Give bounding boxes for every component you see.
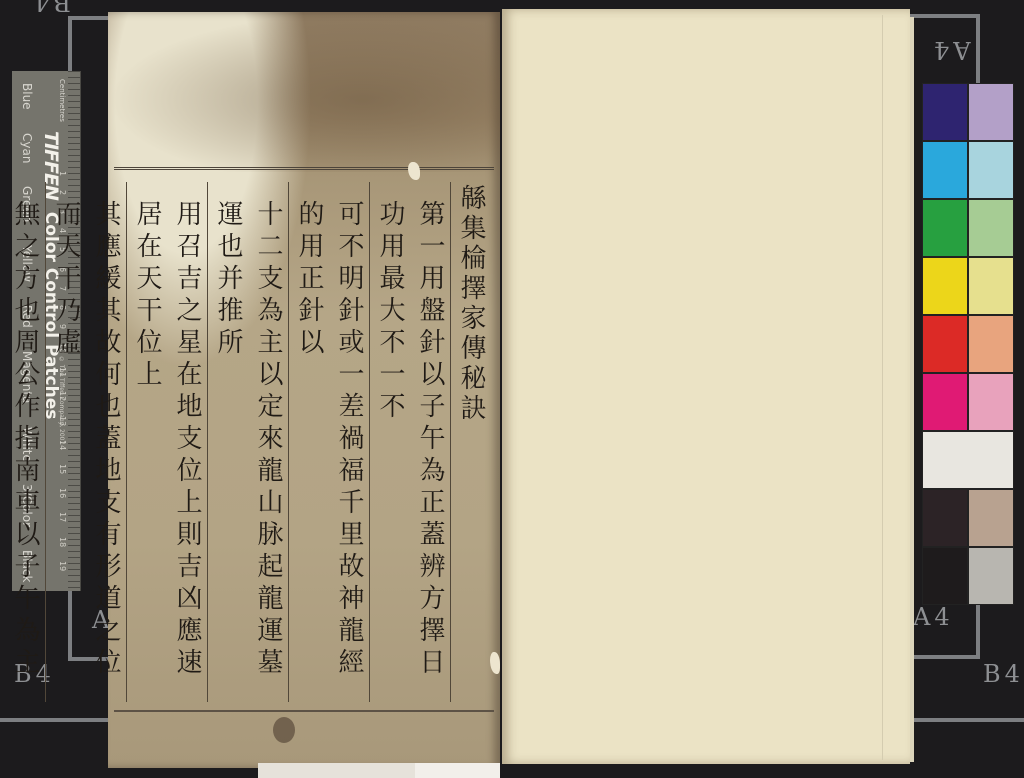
paper-tear	[408, 162, 420, 180]
patch-blue	[922, 83, 968, 141]
text-columns: 緜集棆擇家傳秘訣 第一用盤針以子午為正蓋辨方擇日功用最大不一不 可不明針或一差禍…	[116, 182, 491, 702]
patch-magenta	[922, 373, 968, 431]
size-label-b4-right: B4	[983, 660, 1024, 688]
patch-cyan-tint	[968, 141, 1014, 199]
patch-yellow-tint	[968, 257, 1014, 315]
text-column: 可不明針或一差禍福千里故神龍經的用正針以	[288, 182, 369, 702]
units-label: Centimetres	[58, 79, 66, 122]
bottom-paper-strip	[415, 763, 500, 778]
patch-red-tint	[968, 315, 1014, 373]
page-edge-line	[882, 15, 883, 760]
patch-blue-tint	[968, 83, 1014, 141]
patch-green-tint	[968, 199, 1014, 257]
color-label: Blue	[20, 83, 34, 110]
size-label-a4-right: A4	[913, 603, 954, 631]
size-label-b4-top: B4	[30, 0, 71, 16]
right-page-blank	[502, 9, 910, 764]
patch-white	[922, 431, 1014, 489]
text-column: 第一用盤針以子午為正蓋辨方擇日功用最大不一不	[369, 182, 450, 702]
patch-black-tint	[968, 547, 1014, 605]
text-column: 十二支為主以定來龍山脉起龍運墓運也并推所	[207, 182, 288, 702]
color-patch-chart	[922, 83, 1014, 605]
size-label-a4-top-right: A4	[930, 36, 971, 64]
patch-three-color	[922, 489, 968, 547]
text-column-title: 緜集棆擇家傳秘訣	[450, 182, 491, 702]
background-line-bottom-right	[910, 718, 1024, 722]
patch-red	[922, 315, 968, 373]
patch-cyan	[922, 141, 968, 199]
water-stain	[108, 12, 500, 172]
background-line-bottom-left	[0, 718, 110, 722]
patch-yellow	[922, 257, 968, 315]
color-label: Cyan	[20, 133, 34, 163]
ink-blot	[273, 717, 295, 743]
paper-tear	[490, 652, 500, 674]
bottom-paper-strip	[258, 763, 418, 778]
text-column: 無之方也周公作指南車以子午為主其來尚矣厥	[0, 182, 45, 702]
page-edge	[910, 17, 914, 762]
patch-three-color-tint	[968, 489, 1014, 547]
tick: 1	[58, 171, 67, 176]
patch-green	[922, 199, 968, 257]
text-column: 用召吉之星在地支位上則吉凶應速居在天干位上	[126, 182, 207, 702]
left-page: 緜集棆擇家傳秘訣 第一用盤針以子午為正蓋辨方擇日功用最大不一不 可不明針或一差禍…	[108, 12, 500, 768]
text-column: 其應緩其故何也蓋地支有形道之位而天干乃虛	[45, 182, 126, 702]
patch-black	[922, 547, 968, 605]
patch-magenta-tint	[968, 373, 1014, 431]
